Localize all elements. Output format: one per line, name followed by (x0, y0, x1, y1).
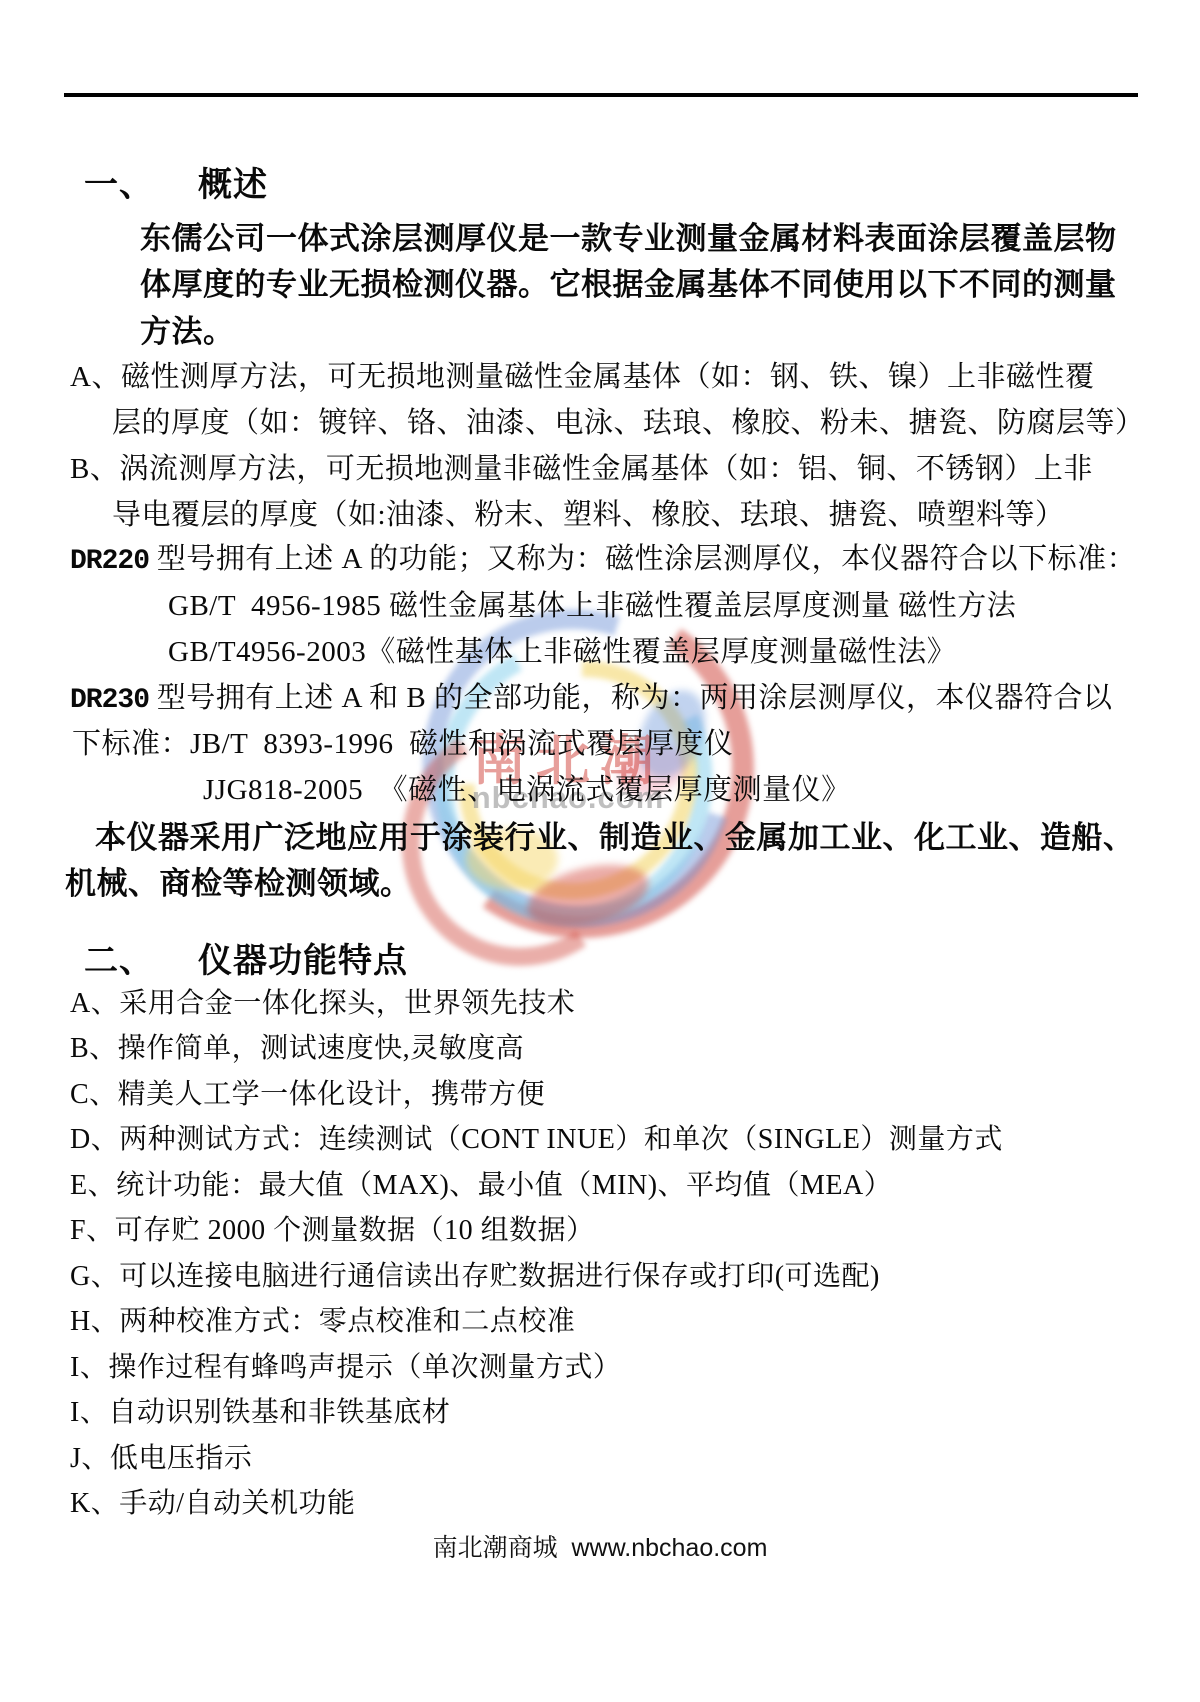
intro-line: 东儒公司一体式涂层测厚仪是一款专业测量金属材料表面涂层覆盖层物 (140, 221, 1117, 257)
intro-line: 体厚度的专业无损检测仪器。它根据金属基体不同使用以下不同的测量 (140, 267, 1117, 303)
section2-title: 仪器功能特点 (198, 942, 408, 981)
dr230-standard2: JJG818-2005 《磁性、电涡流式覆层厚度测量仪》 (203, 774, 851, 807)
closing-line: 本仪器采用广泛地应用于涂装行业、制造业、金属加工业、化工业、造船、 (95, 820, 1135, 856)
feature-item: I、自动识别铁基和非铁基底材 (70, 1397, 450, 1429)
header-rule (64, 93, 1138, 97)
feature-item: H、两种校准方式：零点校准和二点校准 (70, 1306, 575, 1338)
feature-item: G、可以连接电脑进行通信读出存贮数据进行保存或打印(可选配) (70, 1261, 880, 1293)
feature-item: D、两种测试方式：连续测试（CONT INUE）和单次（SINGLE）测量方式 (70, 1124, 1003, 1156)
feature-item: E、统计功能：最大值（MAX)、最小值（MIN)、平均值（MEA） (70, 1170, 892, 1202)
document-page: 南北潮 nbchao.com 一、 概述 东儒公司一体式涂层测厚仪是一款专业测量… (0, 0, 1200, 1702)
dr220-line: DR220 型号拥有上述 A 的功能；又称为：磁性涂层测厚仪，本仪器符合以下标准… (70, 543, 1136, 578)
dr220-model: DR220 (70, 546, 149, 577)
feature-item: C、精美人工学一体化设计，携带方便 (70, 1079, 545, 1111)
method-a-line2: 层的厚度（如：镀锌、铬、油漆、电泳、珐琅、橡胶、粉未、搪瓷、防腐层等） (112, 407, 1145, 440)
dr230-line2: 下标准：JB/T 8393-1996 磁性和涡流式覆层厚度仪 (72, 728, 734, 761)
feature-item: F、可存贮 2000 个测量数据（10 组数据） (70, 1215, 595, 1247)
section1-title: 概述 (198, 166, 268, 205)
feature-item: I、操作过程有蜂鸣声提示（单次测量方式） (70, 1352, 621, 1384)
section2-number: 二、 (84, 942, 154, 981)
dr230-model: DR230 (70, 685, 149, 716)
feature-item: J、低电压指示 (70, 1443, 252, 1475)
feature-item: K、手动/自动关机功能 (70, 1488, 356, 1520)
dr220-standard1: GB/T 4956-1985 磁性金属基体上非磁性覆盖层厚度测量 磁性方法 (168, 590, 1016, 623)
feature-item: A、采用合金一体化探头，世界领先技术 (70, 988, 575, 1020)
dr230-line: DR230 型号拥有上述 A 和 B 的全部功能，称为：两用涂层测厚仪，本仪器符… (70, 682, 1112, 717)
page-footer: 南北潮商城 www.nbchao.com (0, 1528, 1200, 1564)
method-b-line2: 导电覆层的厚度（如:油漆、粉末、塑料、橡胶、珐琅、搪瓷、喷塑料等） (112, 499, 1065, 532)
dr220-standard2: GB/T4956-2003《磁性基体上非磁性覆盖层厚度测量磁性法》 (168, 636, 956, 669)
closing-line: 机械、商检等检测领域。 (65, 866, 412, 902)
section1-number: 一、 (84, 166, 154, 205)
intro-line: 方法。 (140, 314, 235, 350)
method-b-line1: B、涡流测厚方法，可无损地测量非磁性金属基体（如：铝、铜、不锈钢）上非 (70, 453, 1093, 486)
dr230-text: 型号拥有上述 A 和 B 的全部功能，称为：两用涂层测厚仪，本仪器符合以 (149, 682, 1112, 714)
feature-item: B、操作简单，测试速度快,灵敏度高 (70, 1033, 524, 1065)
method-a-line1: A、磁性测厚方法，可无损地测量磁性金属基体（如：钢、铁、镍）上非磁性覆 (70, 361, 1094, 394)
dr220-text: 型号拥有上述 A 的功能；又称为：磁性涂层测厚仪，本仪器符合以下标准： (149, 543, 1136, 575)
